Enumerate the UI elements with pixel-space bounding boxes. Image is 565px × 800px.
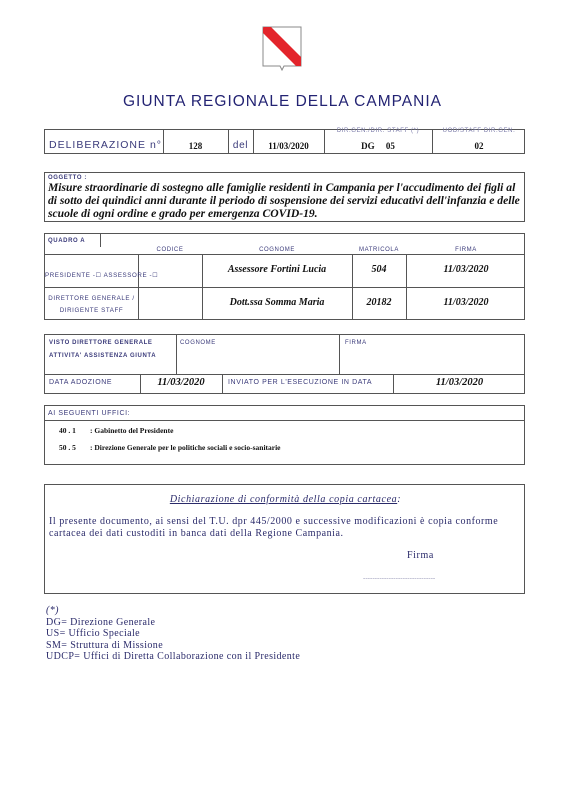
oggetto-box: OGGETTO : Misure straordinarie di sosteg… [44,172,525,222]
abbreviations-legend: (*) DG= Direzione Generale US= Ufficio S… [46,605,300,663]
data-adozione-label: DATA ADOZIONE [49,379,112,386]
dir-gen-value: DG 05 [324,141,432,151]
role-direttore-line1: DIRETTORE GENERALE / [45,295,138,302]
deliberazione-header: DELIBERAZIONE n° 128 del 11/03/2020 DIR.… [44,129,525,154]
uod-value: 02 [432,141,526,151]
col-cognome: COGNOME [202,247,352,253]
uffici-label: AI SEGUENTI UFFICI: [48,410,130,417]
matricola-row-2: 20182 [352,297,406,308]
legend-marker: (*) [46,605,300,617]
dichiarazione-text: Il presente documento, ai sensi del T.U.… [49,516,524,540]
uod-header: UOD/STAFF DIR.GEN. [432,128,526,134]
firma-row-1: 11/03/2020 [406,264,526,275]
deliberazione-label: DELIBERAZIONE n° [49,139,162,151]
ufficio-code-1: 40 . 1 [59,426,76,435]
cognome-row-1: Assessore Fortini Lucia [202,264,352,275]
signature-line: ------------------------------- [363,574,435,582]
data-adozione-value: 11/03/2020 [140,377,222,388]
legend-item: UDCP= Uffici di Diretta Collaborazione c… [46,651,300,663]
deliberazione-number: 128 [163,141,228,151]
dichiarazione-title-suffix: : [397,494,401,505]
role-presidente-assessore: PRESIDENTE -☐ ASSESSORE -☐ [45,272,138,279]
legend-item: US= Ufficio Speciale [46,628,300,640]
cognome-row-2: Dott.ssa Somma Maria [202,297,352,308]
dir-gen-header: DIR.GEN./DIR. STAFF (*) [324,128,432,134]
deliberazione-date: 11/03/2020 [253,141,324,151]
inviato-data-value: 11/03/2020 [393,377,526,388]
visto-cognome-label: COGNOME [180,340,216,346]
col-firma: FIRMA [406,247,526,253]
firma-label: Firma [407,550,434,561]
dichiarazione-box: Dichiarazione di conformità della copia … [44,484,525,594]
visto-box: VISTO DIRETTORE GENERALE ATTIVITA' ASSIS… [44,334,525,394]
firma-row-2: 11/03/2020 [406,297,526,308]
ufficio-name-2: : Direzione Generale per le politiche so… [90,443,281,452]
col-codice: CODICE [138,247,202,253]
ufficio-code-2: 50 . 5 [59,443,76,452]
campania-coat-of-arms-icon [262,26,302,72]
matricola-row-1: 504 [352,264,406,275]
del-label: del [228,140,253,151]
page-title: GIUNTA REGIONALE DELLA CAMPANIA [0,93,565,111]
visto-label-line1: VISTO DIRETTORE GENERALE [49,340,153,346]
ufficio-name-1: : Gabinetto del Presidente [90,426,173,435]
visto-firma-label: FIRMA [345,340,367,346]
legend-item: DG= Direzione Generale [46,617,300,629]
legend-item: SM= Struttura di Missione [46,640,300,652]
dichiarazione-title: Dichiarazione di conformità della copia … [170,494,397,505]
role-direttore-line2: DIRIGENTE STAFF [45,307,138,314]
visto-label-line2: ATTIVITA' ASSISTENZA GIUNTA [49,353,156,359]
inviato-label: INVIATO PER L'ESECUZIONE IN DATA [228,379,372,386]
quadro-a-label: QUADRO A [48,238,85,244]
uffici-box: AI SEGUENTI UFFICI: 40 . 1 : Gabinetto d… [44,405,525,465]
col-matricola: MATRICOLA [352,247,406,253]
dichiarazione-title-wrap: Dichiarazione di conformità della copia … [45,494,526,505]
oggetto-text: Misure straordinarie di sostegno alle fa… [48,182,524,220]
quadro-a-table: QUADRO A CODICE COGNOME MATRICOLA FIRMA … [44,233,525,320]
